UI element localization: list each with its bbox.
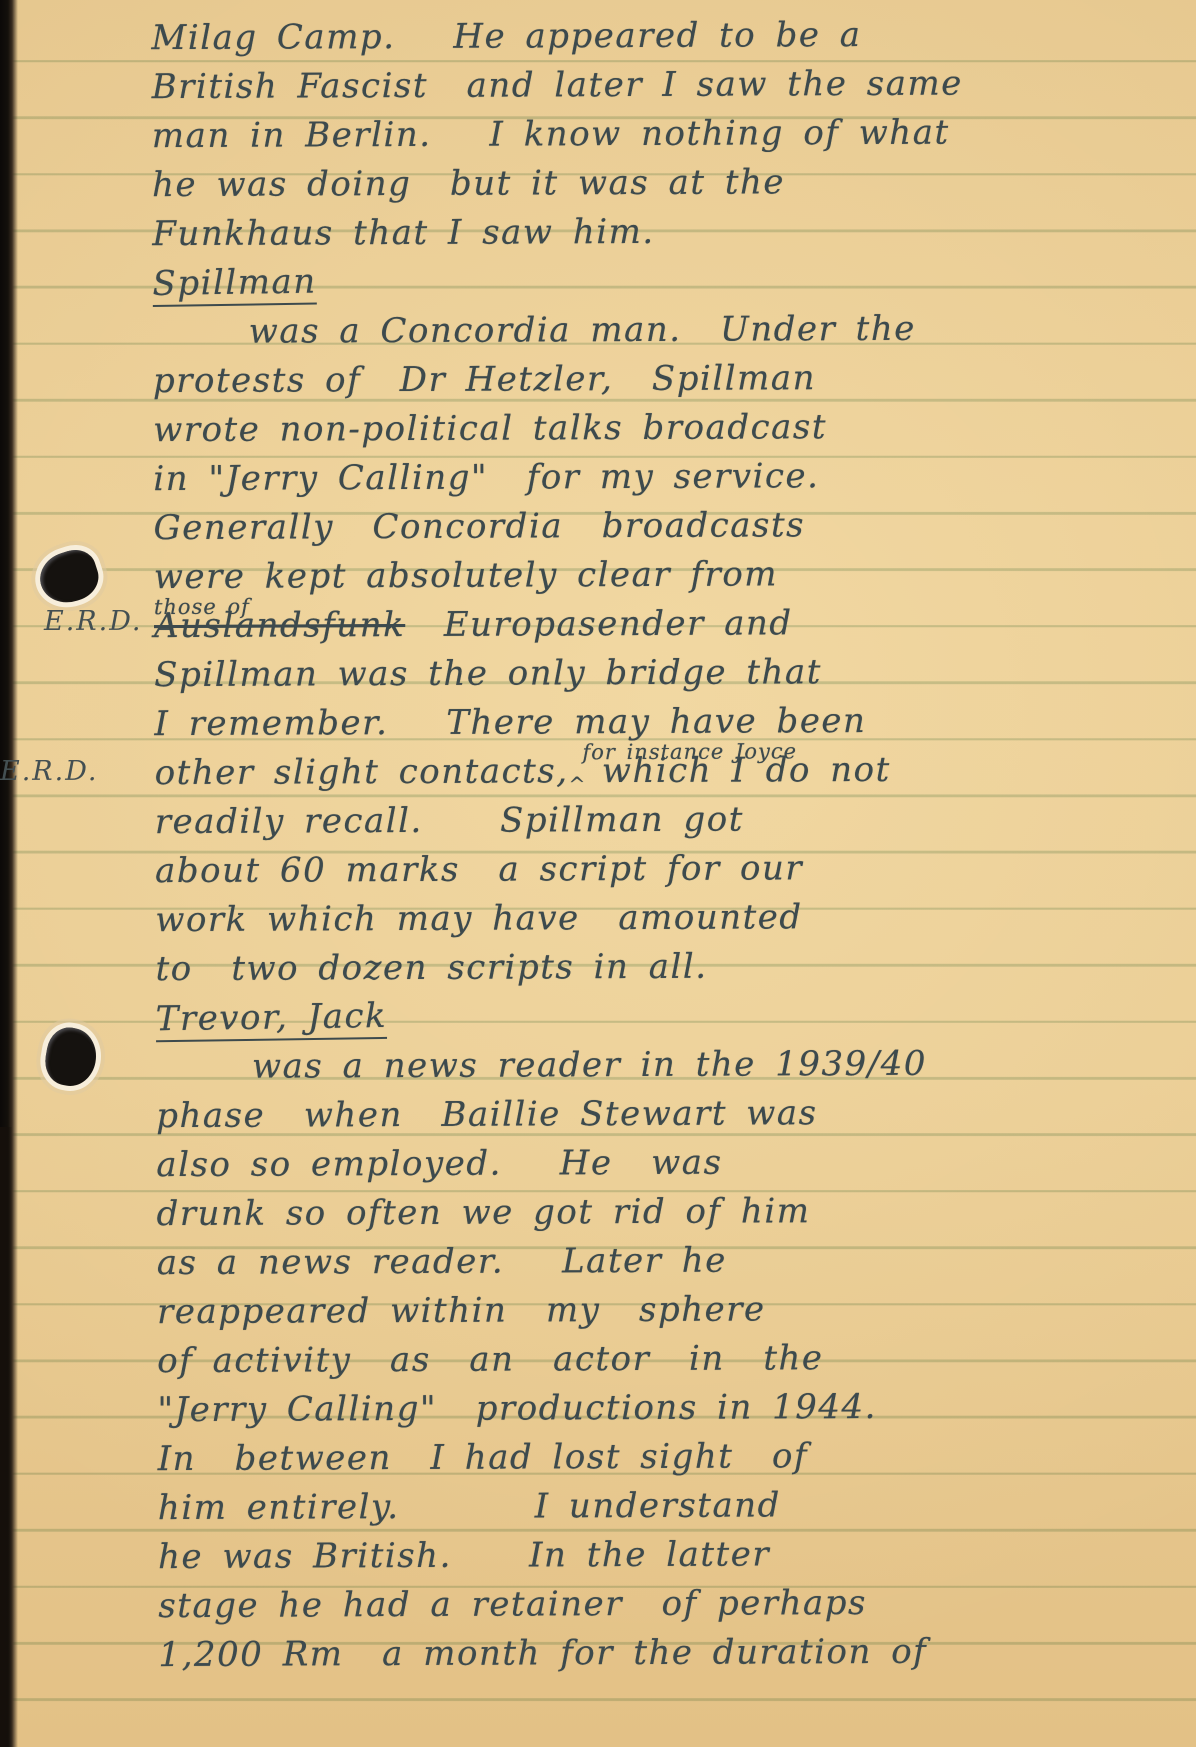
handwriting-line: Generally Concordia broadcasts xyxy=(154,504,1114,557)
handwriting-line: man in Berlin. I know nothing of what xyxy=(152,112,1112,165)
handwriting-line: phase when Baillie Stewart was xyxy=(156,1092,1116,1145)
text-segment: wrote non-political talks broadcast xyxy=(153,407,827,450)
text-segment: as a news reader. Later he xyxy=(157,1241,727,1283)
handwriting-line: in "Jerry Calling" for my service. xyxy=(153,455,1113,508)
handwriting-line: him entirely. I understand xyxy=(158,1484,1118,1537)
section-heading: Spillman xyxy=(152,259,1112,312)
text-segment: 1,200 Rm a month for the duration of xyxy=(158,1632,927,1675)
text-segment: was a news reader in the 1939/40 xyxy=(252,1044,927,1087)
text-segment: about 60 marks a script for our xyxy=(155,848,803,891)
handwriting-line: readily recall. Spillman got xyxy=(155,798,1115,851)
handwriting-line: were kept absolutely clear from xyxy=(154,553,1114,606)
text-segment: In between I had lost sight of xyxy=(158,1436,809,1479)
handwriting-line: Funkhaus that I saw him. xyxy=(152,210,1112,263)
text-segment: he was doing but it was at the xyxy=(152,162,785,205)
handwriting-line: he was British. In the latter xyxy=(158,1533,1118,1586)
handwriting-line: those ofAuslandsfunk Europasender and xyxy=(154,602,1114,655)
text-segment: phase when Baillie Stewart was xyxy=(156,1093,818,1136)
text-segment: Funkhaus that I saw him. xyxy=(152,212,654,254)
handwriting-line: other slight contacts,^for instance Joyc… xyxy=(155,749,1115,802)
handwriting-line: he was doing but it was at the xyxy=(152,161,1112,214)
handwriting-line: wrote non-political talks broadcast xyxy=(153,406,1113,459)
text-segment: "Jerry Calling" productions in 1944. xyxy=(157,1387,877,1430)
page-left-edge-lower xyxy=(0,1127,12,1747)
text-segment: were kept absolutely clear from xyxy=(154,554,778,597)
handwriting-line: Spillman was the only bridge that xyxy=(154,651,1114,704)
handwriting-line: about 60 marks a script for our xyxy=(155,847,1115,900)
text-segment: I remember. There may have been xyxy=(154,701,866,744)
text-segment: was a Concordia man. Under the xyxy=(249,309,916,352)
handwriting-line: also so employed. He was xyxy=(156,1141,1116,1194)
text-segment: reappeared within my sphere xyxy=(157,1289,766,1332)
text-segment: other slight contacts, xyxy=(155,751,569,793)
handwriting-line: work which may have amounted xyxy=(155,896,1115,949)
handwriting-line: to two dozen scripts in all. xyxy=(155,945,1115,998)
handwriting-line: as a news reader. Later he xyxy=(157,1239,1117,1292)
text-segment: drunk so often we got rid of him xyxy=(157,1191,811,1234)
handwriting-line: British Fascist and later I saw the same xyxy=(152,63,1112,116)
text-segment: to two dozen scripts in all. xyxy=(155,947,707,989)
text-segment: protests of Dr Hetzler, Spillman xyxy=(153,358,816,401)
handwriting-line: 1,200 Rm a month for the duration of xyxy=(158,1631,1118,1684)
handwriting-column: Milag Camp. He appeared to be aBritish F… xyxy=(151,14,1118,1684)
handwriting-line: protests of Dr Hetzler, Spillman xyxy=(153,357,1113,410)
text-segment: Spillman was the only bridge that xyxy=(154,652,822,695)
text-segment: him entirely. I understand xyxy=(158,1485,781,1528)
text-segment: in "Jerry Calling" for my service. xyxy=(153,456,819,499)
manuscript-page: E.R.D. E.R.D. Milag Camp. He appeared to… xyxy=(0,0,1196,1747)
text-segment: of activity as an actor in the xyxy=(157,1338,823,1381)
handwriting-line: was a Concordia man. Under the xyxy=(153,308,1113,361)
handwriting-line: reappeared within my sphere xyxy=(157,1288,1117,1341)
handwriting-line: stage he had a retainer of perhaps xyxy=(158,1582,1118,1635)
text-segment: Generally Concordia broadcasts xyxy=(154,505,806,548)
handwriting-line: drunk so often we got rid of him xyxy=(157,1190,1117,1243)
caret-mark: ^ xyxy=(569,772,583,796)
margin-note-erd-1: E.R.D. xyxy=(44,606,142,637)
text-segment: Milag Camp. He appeared to be a xyxy=(151,15,861,58)
text-segment: Spillman xyxy=(152,262,317,307)
handwriting-line: In between I had lost sight of xyxy=(158,1435,1118,1488)
text-segment: British Fascist and later I saw the same xyxy=(152,64,963,108)
text-segment: he was British. In the latter xyxy=(158,1534,770,1577)
handwriting-line: was a news reader in the 1939/40 xyxy=(156,1043,1116,1096)
margin-note-erd-2: E.R.D. xyxy=(0,756,98,787)
text-segment: work which may have amounted xyxy=(155,897,802,940)
text-segment: Trevor, Jack xyxy=(155,996,387,1042)
text-segment: readily recall. Spillman got xyxy=(155,800,744,843)
handwriting-line: "Jerry Calling" productions in 1944. xyxy=(157,1386,1117,1439)
text-segment: Europasender and xyxy=(405,603,793,645)
text-segment: man in Berlin. I know nothing of what xyxy=(152,113,950,156)
text-segment: stage he had a retainer of perhaps xyxy=(158,1583,867,1626)
handwriting-line: of activity as an actor in the xyxy=(157,1337,1117,1390)
section-heading: Trevor, Jack xyxy=(156,994,1116,1047)
text-segment: also so employed. He was xyxy=(156,1143,722,1185)
handwriting-line: Milag Camp. He appeared to be a xyxy=(151,14,1111,67)
